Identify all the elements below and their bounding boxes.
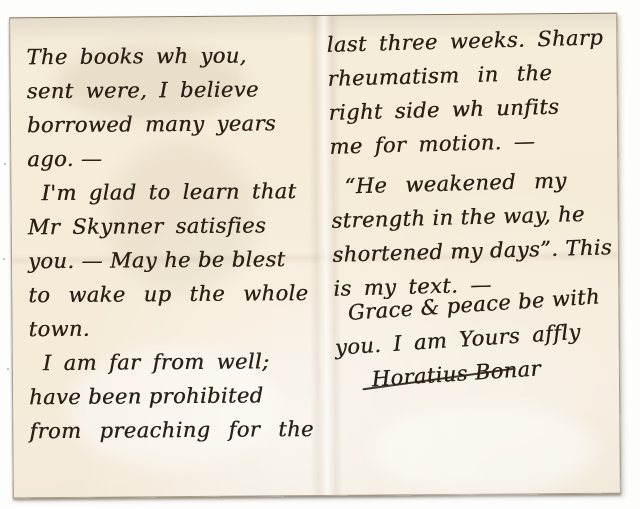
- letter-line: Mr Skynner satisfies: [28, 208, 320, 244]
- signature-name: Horatius Bonar: [371, 356, 542, 391]
- letter-photograph: The books wh you, sent were, I believe b…: [0, 0, 640, 509]
- letter-line: The books wh you,: [26, 38, 318, 74]
- letter-line: ago. —: [27, 140, 319, 176]
- letter-line: to wake up the whole: [28, 276, 320, 312]
- dust-speck: [4, 163, 6, 165]
- dust-speck: [3, 258, 5, 260]
- letter-line: I'm glad to learn that: [27, 174, 319, 210]
- letter-line: from preaching for the: [29, 412, 321, 448]
- letter-line: have been prohibited: [29, 378, 321, 414]
- letter-line: town.: [28, 310, 320, 346]
- letter-sheet: The books wh you, sent were, I believe b…: [9, 13, 621, 499]
- letter-line: you. — May he be blest: [28, 242, 320, 278]
- letter-line: sent were, I believe: [27, 72, 319, 108]
- paper-highlight-smudge: [373, 404, 594, 496]
- letter-line: borrowed many years: [27, 106, 319, 142]
- letter-line: me for motion. —: [329, 122, 620, 164]
- dust-speck: [7, 368, 9, 370]
- left-page: The books wh you, sent were, I believe b…: [26, 38, 321, 448]
- right-page: last three weeks. Sharp rheumatism in th…: [326, 20, 626, 399]
- letter-line: I am far from well;: [29, 344, 321, 380]
